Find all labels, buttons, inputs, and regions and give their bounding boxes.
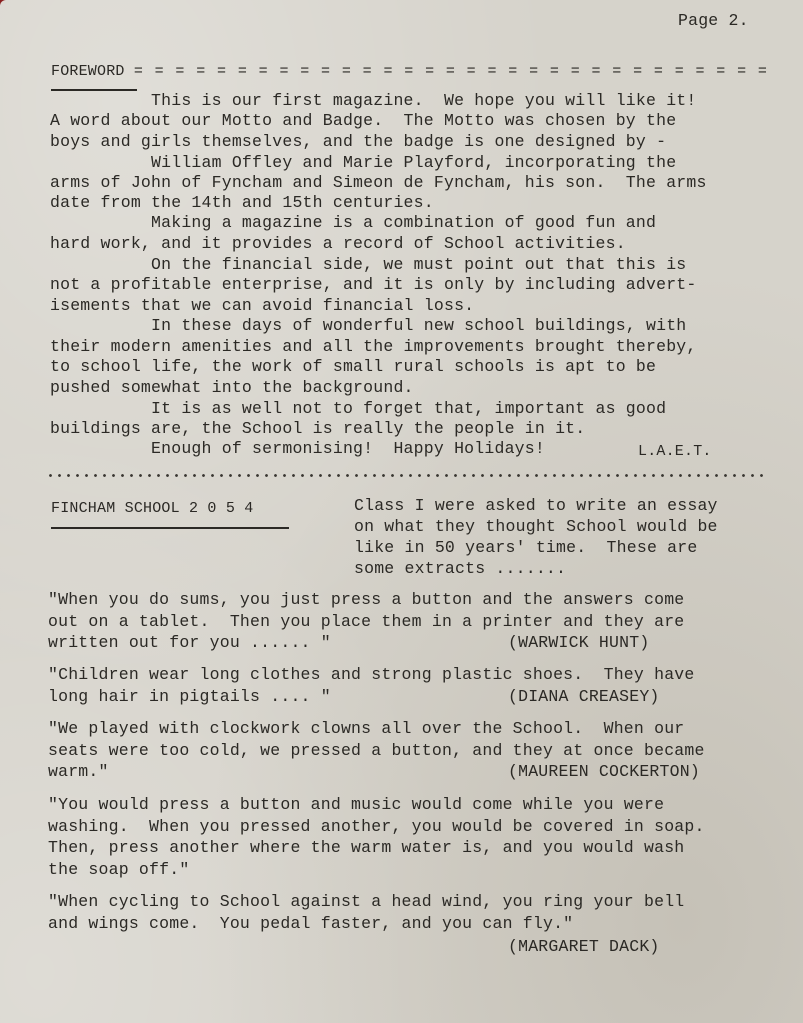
- foreword-heading: FOREWORD = = = = = = = = = = = = = = = =…: [51, 61, 768, 82]
- page-number: Page 2.: [678, 10, 749, 31]
- foreword-title: FOREWORD: [51, 63, 125, 80]
- fincham-2054-heading: FINCHAM SCHOOL 2 0 5 4: [51, 498, 253, 519]
- section-divider-dots: [46, 474, 764, 477]
- foreword-line: boys and girls themselves, and the badge…: [50, 131, 666, 152]
- foreword-line: Enough of sermonising! Happy Holidays!: [50, 438, 545, 459]
- foreword-line: not a profitable enterprise, and it is o…: [50, 274, 697, 295]
- foreword-line: pushed somewhat into the background.: [50, 377, 414, 398]
- extract-line: warm.": [48, 761, 109, 782]
- foreword-line: On the financial side, we must point out…: [50, 254, 686, 275]
- foreword-line: to school life, the work of small rural …: [50, 356, 656, 377]
- foreword-signature: L.A.E.T.: [638, 441, 712, 462]
- extract-line: written out for you ...... ": [48, 632, 331, 653]
- foreword-line: Making a magazine is a combination of go…: [50, 212, 656, 233]
- extract-author: (MARGARET DACK): [508, 936, 660, 957]
- extract-author: (WARWICK HUNT): [508, 632, 649, 653]
- extract-line: Then, press another where the warm water…: [48, 837, 684, 858]
- extract-line: out on a tablet. Then you place them in …: [48, 611, 684, 632]
- foreword-line: It is as well not to forget that, import…: [50, 398, 666, 419]
- extract-line: seats were too cold, we pressed a button…: [48, 740, 705, 761]
- intro-line: on what they thought School would be: [354, 516, 718, 537]
- foreword-line: their modern amenities and all the impro…: [50, 336, 697, 357]
- extract-line: "When cycling to School against a head w…: [48, 891, 684, 912]
- foreword-line: isements that we can avoid financial los…: [50, 295, 474, 316]
- extract-author: (DIANA CREASEY): [508, 686, 660, 707]
- magazine-page: Page 2. FOREWORD = = = = = = = = = = = =…: [0, 0, 803, 1023]
- extract-line: long hair in pigtails .... ": [48, 686, 331, 707]
- extract-line: washing. When you pressed another, you w…: [48, 816, 705, 837]
- fincham-2054-underline: [51, 527, 289, 529]
- foreword-line: arms of John of Fyncham and Simeon de Fy…: [50, 172, 707, 193]
- foreword-line: date from the 14th and 15th centuries.: [50, 192, 434, 213]
- foreword-line: A word about our Motto and Badge. The Mo…: [50, 110, 676, 131]
- intro-line: like in 50 years' time. These are: [354, 537, 697, 558]
- foreword-line: In these days of wonderful new school bu…: [50, 315, 686, 336]
- extract-author: (MAUREEN COCKERTON): [508, 761, 700, 782]
- foreword-heading-rule: = = = = = = = = = = = = = = = = = = = = …: [134, 63, 769, 80]
- extract-line: "You would press a button and music woul…: [48, 794, 664, 815]
- extract-line: the soap off.": [48, 859, 189, 880]
- intro-line: Class I were asked to write an essay: [354, 495, 718, 516]
- foreword-line: This is our first magazine. We hope you …: [50, 90, 697, 111]
- foreword-line: William Offley and Marie Playford, incor…: [50, 152, 676, 173]
- extract-line: "When you do sums, you just press a butt…: [48, 589, 684, 610]
- extract-line: and wings come. You pedal faster, and yo…: [48, 913, 573, 934]
- extract-line: "We played with clockwork clowns all ove…: [48, 718, 684, 739]
- foreword-line: hard work, and it provides a record of S…: [50, 233, 626, 254]
- intro-line: some extracts .......: [354, 558, 566, 579]
- foreword-line: buildings are, the School is really the …: [50, 418, 585, 439]
- extract-line: "Children wear long clothes and strong p…: [48, 664, 695, 685]
